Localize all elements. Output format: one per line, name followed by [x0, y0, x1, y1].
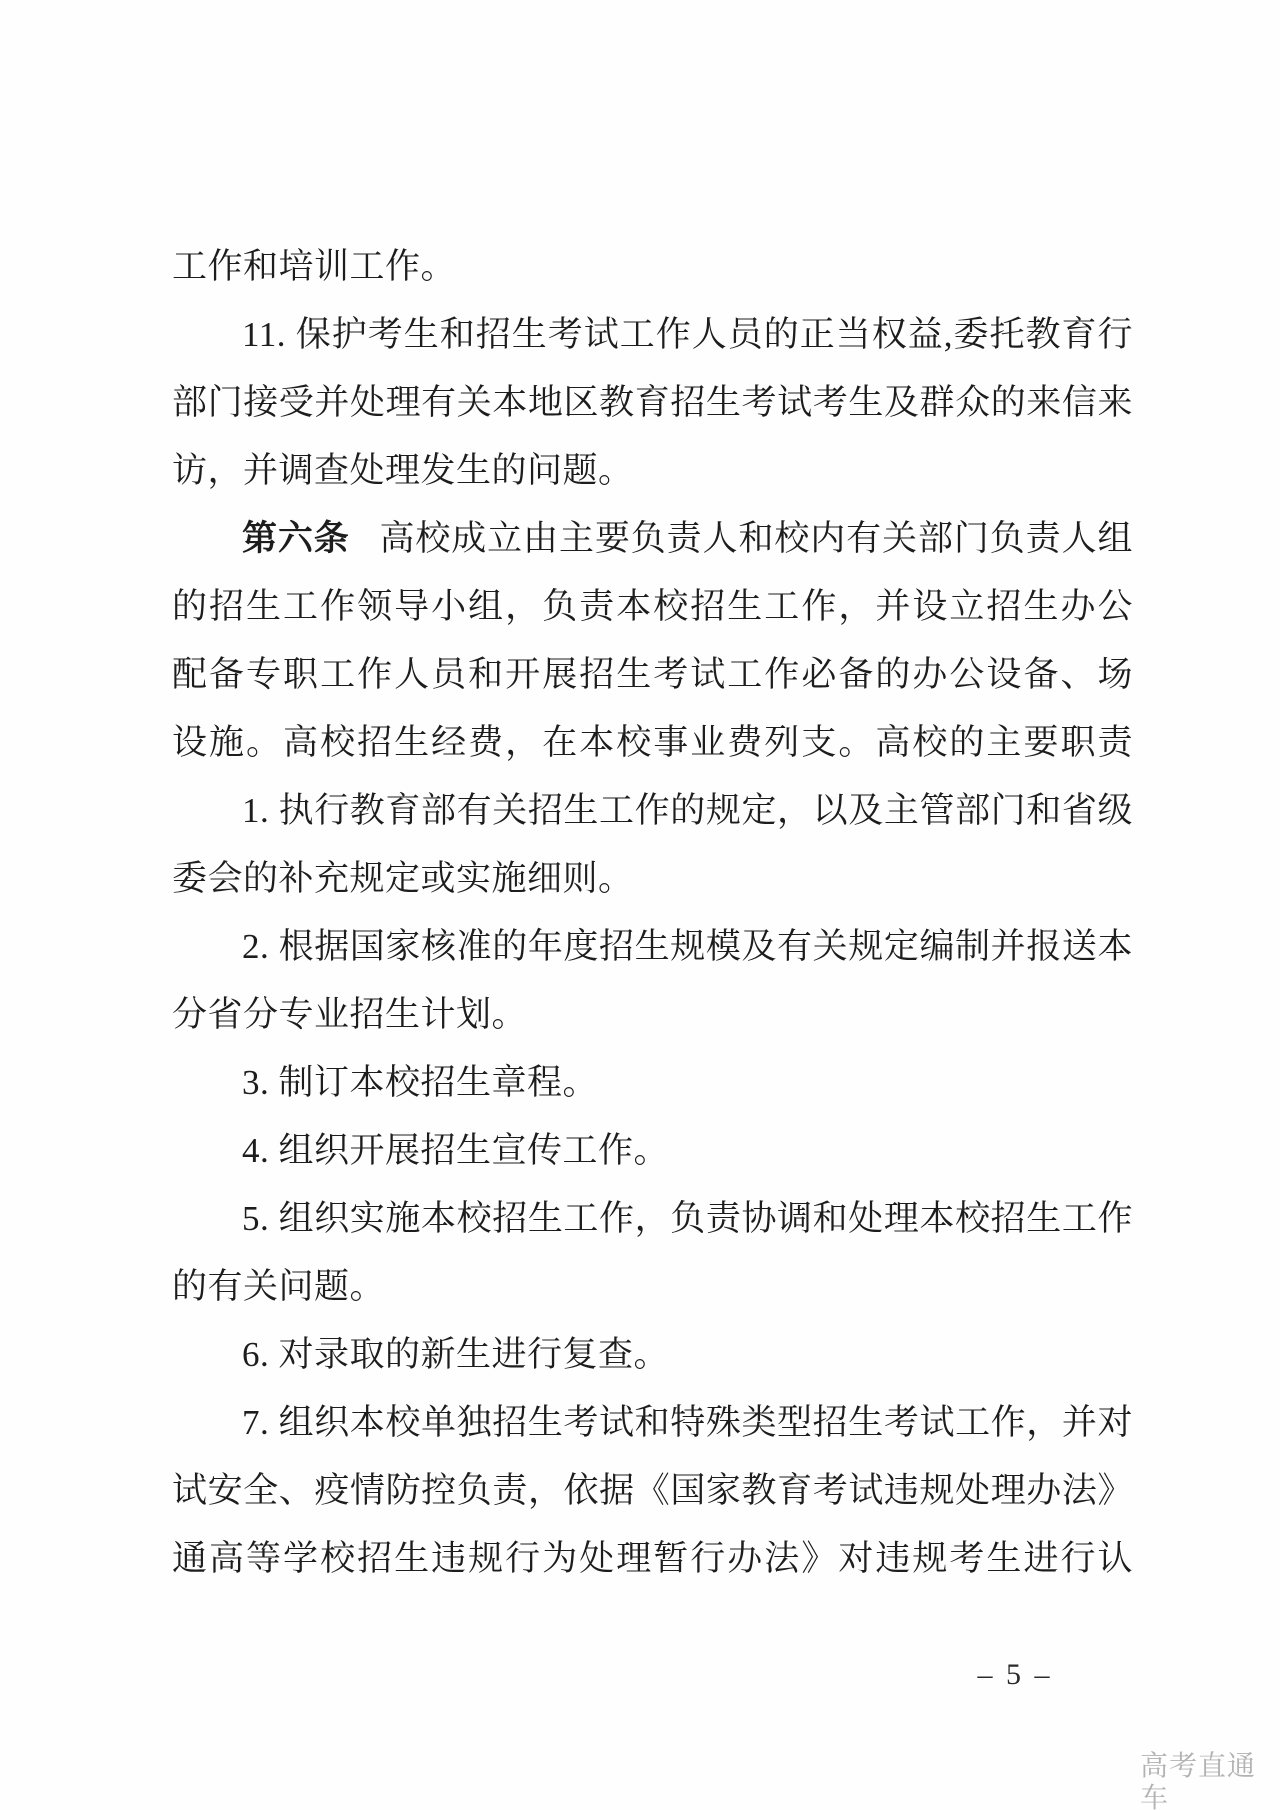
text-line-19: 试安全、疫情防控负责，依据《国家教育考试违规处理办法》《普 — [172, 1457, 1133, 1525]
text-line-7: 配备专职工作人员和开展招生考试工作必备的办公设备、场所、 — [172, 641, 1133, 709]
text-line-3: 部门接受并处理有关本地区教育招生考试考生及群众的来信来 — [172, 369, 1133, 437]
text-line-4: 访，并调查处理发生的问题。 — [172, 437, 1133, 505]
text-line-14: 4. 组织开展招生宣传工作。 — [172, 1117, 1133, 1185]
text-line-10: 委会的补充规定或实施细则。 — [172, 845, 1133, 913]
article-six-heading: 第六条 — [242, 519, 350, 558]
watermark: 高考直通车 — [1140, 1750, 1280, 1810]
document-body: 工作和培训工作。 11. 保护考生和招生考试工作人员的正当权益,委托教育行政 部… — [172, 233, 1133, 1593]
text-line-11: 2. 根据国家核准的年度招生规模及有关规定编制并报送本校 — [172, 913, 1133, 981]
text-line-18: 7. 组织本校单独招生考试和特殊类型招生考试工作，并对考 — [172, 1389, 1133, 1457]
text-line-17: 6. 对录取的新生进行复查。 — [172, 1321, 1133, 1389]
text-line-16: 的有关问题。 — [172, 1253, 1133, 1321]
text-line-2: 11. 保护考生和招生考试工作人员的正当权益,委托教育行政 — [172, 301, 1133, 369]
text-line-6: 的招生工作领导小组，负责本校招生工作，并设立招生办公室、 — [172, 573, 1133, 641]
page-number: – 5 – — [930, 1652, 1100, 1698]
text-line-8: 设施。高校招生经费，在本校事业费列支。高校的主要职责是： — [172, 709, 1133, 777]
text-line-5: 第六条高校成立由主要负责人和校内有关部门负责人组成 — [172, 505, 1133, 573]
text-line-9: 1. 执行教育部有关招生工作的规定，以及主管部门和省级招 — [172, 777, 1133, 845]
text-line-15: 5. 组织实施本校招生工作，负责协调和处理本校招生工作中 — [172, 1185, 1133, 1253]
text-line-13: 3. 制订本校招生章程。 — [172, 1049, 1133, 1117]
document-page: 工作和培训工作。 11. 保护考生和招生考试工作人员的正当权益,委托教育行政 部… — [0, 0, 1280, 1810]
text-line-20: 通高等学校招生违规行为处理暂行办法》对违规考生进行认定、 — [172, 1525, 1133, 1593]
text-line-12: 分省分专业招生计划。 — [172, 981, 1133, 1049]
text-line-1: 工作和培训工作。 — [172, 233, 1133, 301]
